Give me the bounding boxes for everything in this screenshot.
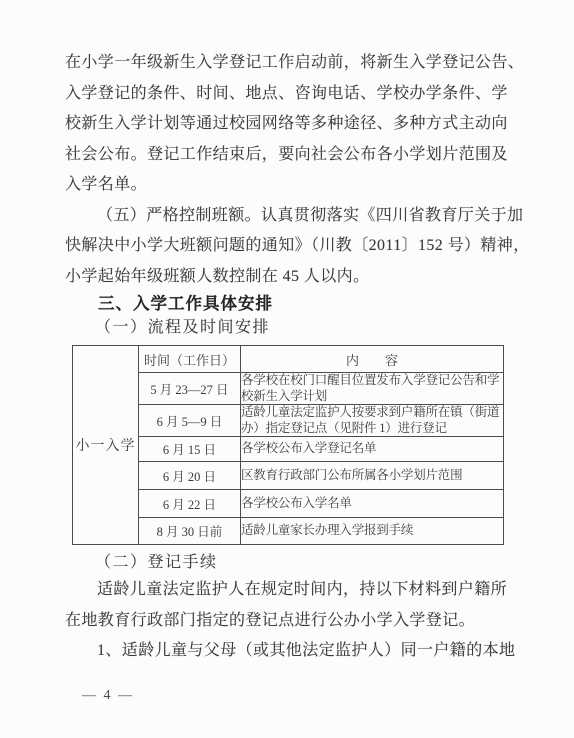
- table-cell-content: 适龄儿童法定监护人按要求到户籍所在镇（街道办）指定登记点（见附件 1）进行登记: [241, 405, 504, 437]
- table-cell-content: 各学校公布入学登记名单: [241, 437, 504, 462]
- paragraph-line: 在地教育行政部门指定的登记点进行公办小学入学登记。: [65, 606, 509, 637]
- table-cell-content: 适龄儿童家长办理入学报到手续: [241, 518, 504, 545]
- paragraph-line: 适龄儿童法定监护人在规定时间内，持以下材料到户籍所: [65, 575, 509, 606]
- schedule-table: 小一入学 时间（工作日） 内 容 5 月 23—27 日 各学校在校门口醒目位置…: [72, 345, 504, 545]
- paragraph-line: 入学登记的条件、时间、地点、咨询电话、学校办学条件、学: [65, 79, 509, 110]
- table-cell-time: 6 月 20 日: [139, 462, 241, 490]
- subsection-heading-1: （一）流程及时间安排: [65, 316, 509, 340]
- table-cell-time: 6 月 15 日: [139, 437, 241, 462]
- column-header-content: 内 容: [241, 346, 504, 373]
- table-cell-time: 6 月 22 日: [139, 490, 241, 518]
- table-cell-content: 各学校在校门口醒目位置发布入学登记公告和学校新生入学计划: [241, 373, 504, 405]
- paragraph-line: 小学起始年级班额人数控制在 45 人以内。: [65, 262, 509, 293]
- paragraph-line: 社会公布。登记工作结束后，要向社会公布各小学划片范围及: [65, 140, 509, 171]
- column-header-time: 时间（工作日）: [139, 346, 241, 373]
- document-page: 在小学一年级新生入学登记工作启动前，将新生入学登记公告、 入学登记的条件、时间、…: [0, 0, 574, 738]
- table-cell-time: 8 月 30 日前: [139, 518, 241, 545]
- table-header-row: 小一入学 时间（工作日） 内 容: [73, 346, 504, 373]
- paragraph-line: 在小学一年级新生入学登记工作启动前，将新生入学登记公告、: [65, 48, 509, 79]
- page-number: — 4 —: [82, 688, 134, 704]
- paragraph-line: （五）严格控制班额。认真贯彻落实《四川省教育厅关于加: [65, 201, 509, 232]
- table-rowspan-label: 小一入学: [73, 346, 139, 545]
- table-cell-content: 各学校公布入学名单: [241, 490, 504, 518]
- paragraph-line: 快解决中小学大班额问题的通知》（川教〔2011〕152 号）精神，: [65, 231, 509, 262]
- table-cell-time: 6 月 5—9 日: [139, 405, 241, 437]
- table-cell-content: 区教育行政部门公布所属各小学划片范围: [241, 462, 504, 490]
- table-cell-time: 5 月 23—27 日: [139, 373, 241, 405]
- section-heading: 三、入学工作具体安排: [65, 292, 509, 316]
- paragraph-line: 校新生入学计划等通过校园网络等多种途径、多种方式主动向: [65, 109, 509, 140]
- paragraph-line: 1、适龄儿童与父母（或其他法定监护人）同一户籍的本地: [65, 636, 509, 667]
- document-content: 在小学一年级新生入学登记工作启动前，将新生入学登记公告、 入学登记的条件、时间、…: [65, 0, 509, 667]
- subsection-heading-2: （二）登记手续: [65, 551, 509, 575]
- paragraph-line: 入学名单。: [65, 170, 509, 201]
